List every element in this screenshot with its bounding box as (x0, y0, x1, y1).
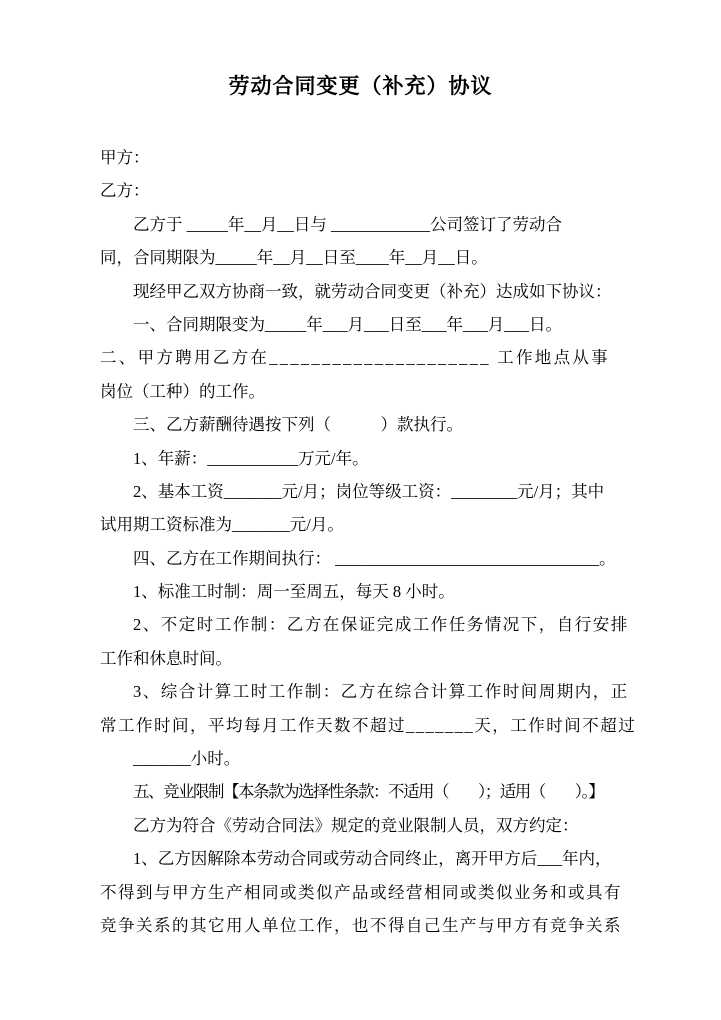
document-line: 1、年薪：___________万元/年。 (100, 442, 627, 475)
document-line: 不得到与甲方生产相同或类似产品或经营相同或类似业务和或具有 (100, 876, 627, 909)
document-page: 劳动合同变更（补充）协议 甲方：乙方：乙方于 _____年__月__日与 ___… (0, 0, 721, 1020)
document-body: 甲方：乙方：乙方于 _____年__月__日与 ____________公司签订… (100, 141, 627, 942)
document-line: 2、不定时工作制：乙方在保证完成工作任务情况下，自行安排 (100, 608, 627, 641)
document-line: 乙方： (100, 174, 627, 207)
document-line: 3、综合计算工时工作制：乙方在综合计算工作时间周期内，正 (100, 675, 627, 708)
document-line: 一、合同期限变为_____年___月___日至___年___月___日。 (100, 308, 627, 341)
document-line: 乙方于 _____年__月__日与 ____________公司签订了劳动合 (100, 208, 627, 241)
document-title: 劳动合同变更（补充）协议 (0, 70, 721, 100)
document-line: 常工作时间，平均每月工作天数不超过_______天，工作时间不超过 (100, 709, 627, 742)
document-line: 三、乙方薪酬待遇按下列（ ）款执行。 (100, 408, 627, 441)
document-line: 1、乙方因解除本劳动合同或劳动合同终止，离开甲方后___年内， (100, 842, 627, 875)
document-line: 现经甲乙双方协商一致，就劳动合同变更（补充）达成如下协议： (100, 275, 627, 308)
document-line: 2、基本工资_______元/月；岗位等级工资：________元/月；其中 (100, 475, 627, 508)
document-line: 试用期工资标准为_______元/月。 (100, 508, 627, 541)
document-line: 竞争关系的其它用人单位工作，也不得自己生产与甲方有竞争关系 (100, 909, 627, 942)
document-line: 乙方为符合《劳动合同法》规定的竞业限制人员，双方约定： (100, 809, 627, 842)
document-line: 四、乙方在工作期间执行： ___________________________… (100, 542, 627, 575)
document-line: 1、标准工时制：周一至周五，每天 8 小时。 (100, 575, 627, 608)
document-line: 工作和休息时间。 (100, 642, 627, 675)
document-line: 同，合同期限为_____年__月__日至____年__月__日。 (100, 241, 627, 274)
document-line: 甲方： (100, 141, 627, 174)
document-line: 五、竞业限制【本条款为选择性条款：不适用（ ）；适用（ ）。】 (100, 775, 627, 808)
document-line: 二、甲方聘用乙方在_____________________ 工作地点从事 (100, 341, 627, 374)
document-line: 岗位（工种）的工作。 (100, 375, 627, 408)
document-line: _______小时。 (100, 742, 627, 775)
